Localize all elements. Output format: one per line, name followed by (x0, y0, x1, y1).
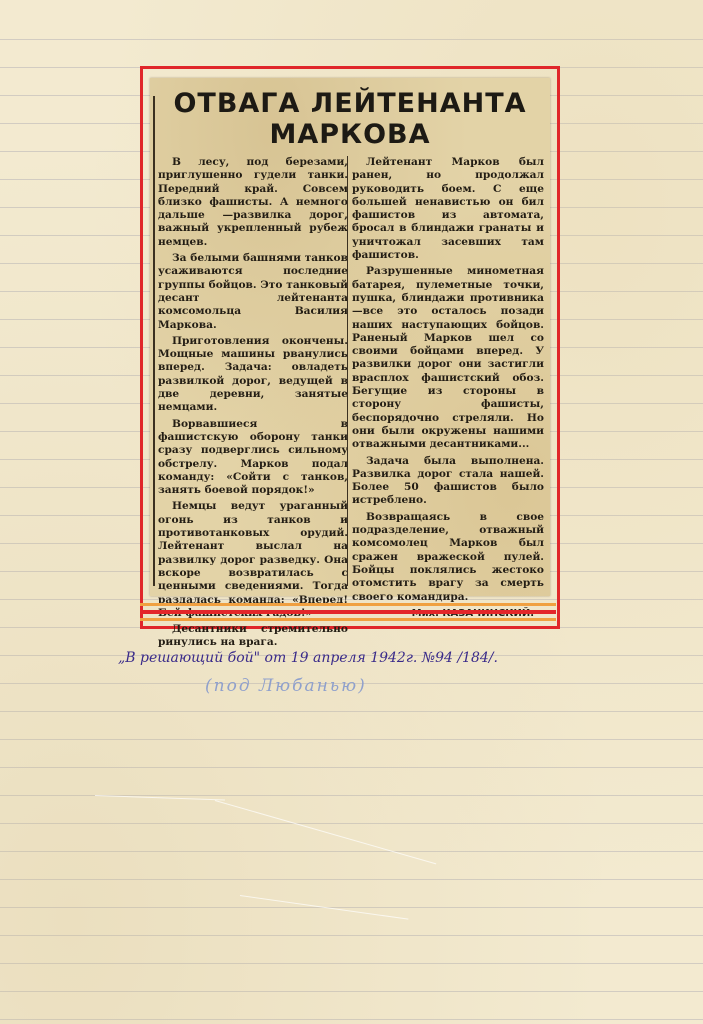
pencil-location-note: (под Любанью) (205, 676, 367, 696)
column-divider (347, 156, 348, 586)
headline-line-1: ОТВАГА ЛЕЙТЕНАНТА (150, 88, 550, 119)
paragraph: Приготовления окончены. Мощные машины рв… (158, 335, 348, 415)
paragraph: В лесу, под березами, приглушенно гудели… (158, 156, 348, 249)
paper-crease (215, 800, 436, 864)
newspaper-clipping: ОТВАГА ЛЕЙТЕНАНТА МАРКОВА В лесу, под бе… (150, 78, 550, 596)
handwritten-source-note: „В решающий бой" от 19 апреля 1942г. №94… (118, 650, 498, 666)
headline-line-2: МАРКОВА (150, 119, 550, 150)
paragraph: Десантники стремительно ринулись на враг… (158, 623, 348, 650)
paper-crease (95, 795, 225, 801)
column-rule-left (153, 96, 155, 586)
paragraph: За белыми башнями танков усаживаются пос… (158, 252, 348, 332)
paragraph: Ворвавшиеся в фашистскую оборону танки с… (158, 418, 348, 498)
article-column-right: Лейтенант Марков был ранен, но продолжал… (352, 156, 544, 620)
paragraph: Разрушенные минометная батарея, пулеметн… (352, 265, 544, 451)
paragraph: Задача была выполнена. Развилка дорог ст… (352, 455, 544, 508)
red-stripe (140, 610, 556, 614)
article-column-left: В лесу, под березами, приглушенно гудели… (158, 156, 348, 653)
paper-crease (240, 895, 408, 920)
orange-stripe-bottom (140, 618, 556, 621)
orange-stripe-top (140, 603, 556, 606)
paragraph: Возвращаясь в свое подразделение, отважн… (352, 511, 544, 604)
paragraph: Лейтенант Марков был ранен, но продолжал… (352, 156, 544, 262)
headline: ОТВАГА ЛЕЙТЕНАНТА МАРКОВА (150, 88, 550, 150)
